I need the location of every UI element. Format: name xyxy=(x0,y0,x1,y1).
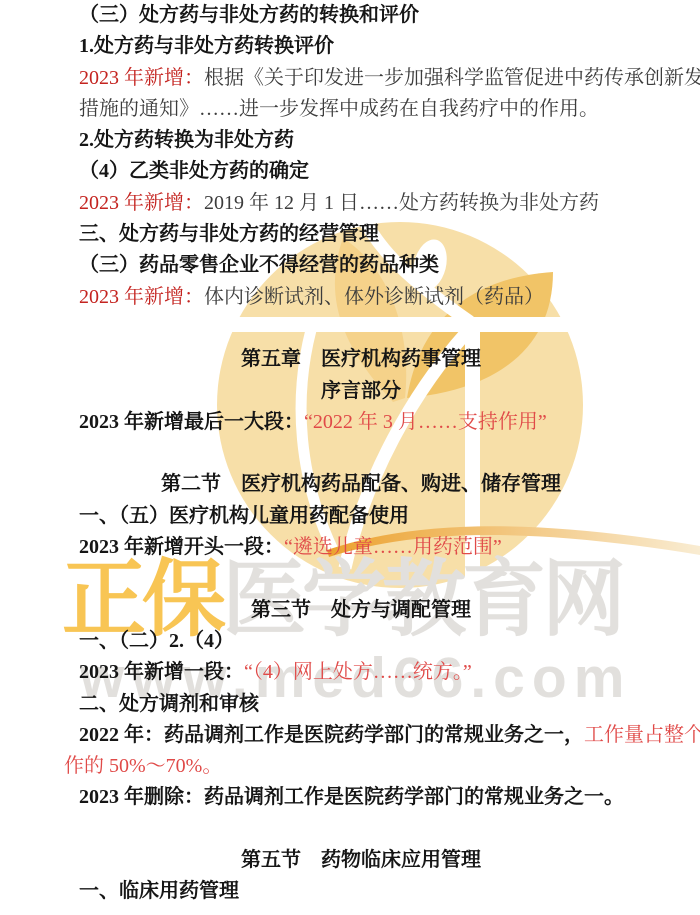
text-line: （4）乙类非处方药的确定 xyxy=(0,156,700,187)
text-segment: （4）乙类非处方药的确定 xyxy=(79,160,309,182)
text-line: 第三节 处方与调配管理 xyxy=(0,595,700,626)
blank-line xyxy=(0,814,700,845)
text-segment: （三）药品零售企业不得经营的药品种类 xyxy=(79,254,439,276)
text-segment: 1.处方药与非处方药转换评价 xyxy=(79,35,334,57)
text-segment: 2019 年 12 月 1 日……处方药转换为非处方药 xyxy=(204,192,599,214)
text-line: 2023 年新增最后一大段：“2022 年 3 月……支持作用” xyxy=(0,407,700,438)
text-segment: “遴选儿童……用药范围” xyxy=(284,536,502,558)
text-segment: 一、临床用药管理 xyxy=(79,880,239,902)
text-line: 2023 年新增开头一段：“遴选儿童……用药范围” xyxy=(0,532,700,563)
text-segment: 第二节 医疗机构药品配备、购进、储存管理 xyxy=(161,473,561,495)
text-segment: 2023 年新增一段： xyxy=(79,661,244,683)
text-line: 1.处方药与非处方药转换评价 xyxy=(0,31,700,62)
text-line: 第二节 医疗机构药品配备、购进、储存管理 xyxy=(0,469,700,500)
text-segment: 措施的通知》……进一步发挥中成药在自我药疗中的作用。 xyxy=(79,98,599,120)
text-segment: 2022 年：药品调剂工作是医院药学部门的常规业务之一， xyxy=(79,724,584,746)
text-segment: 三、处方药与非处方药的经营管理 xyxy=(79,223,379,245)
blank-line xyxy=(0,563,700,594)
text-segment: 第三节 处方与调配管理 xyxy=(251,599,471,621)
text-segment: 一、（五）医疗机构儿童用药配备使用 xyxy=(79,505,409,527)
text-segment: 2.处方药转换为非处方药 xyxy=(79,129,294,151)
text-segment: 2023 年新增： xyxy=(79,286,204,308)
text-segment: 2023 年新增： xyxy=(79,67,204,89)
text-line: 2023 年新增：体内诊断试剂、体外诊断试剂（药品） xyxy=(0,282,700,313)
text-segment: “2022 年 3 月……支持作用” xyxy=(304,411,547,433)
text-segment: 第五节 药物临床应用管理 xyxy=(241,849,481,871)
text-segment: 2023 年删除：药品调剂工作是医院药学部门的常规业务之一。 xyxy=(79,786,624,808)
document-page: 正保医学教育网 www.med66.com （三）处方药与非处方药的转换和评价1… xyxy=(0,0,700,915)
text-line: 2023 年删除：药品调剂工作是医院药学部门的常规业务之一。 xyxy=(0,782,700,813)
text-segment: （三）处方药与非处方药的转换和评价 xyxy=(79,4,419,26)
text-line: 二、处方调剂和审核 xyxy=(0,689,700,720)
text-segment: 作的 50%～70%。 xyxy=(64,755,222,777)
text-line: 第五节 药物临床应用管理 xyxy=(0,845,700,876)
text-line: 第五章 医疗机构药事管理 xyxy=(0,344,700,375)
text-segment: 一、（二）2.（4） xyxy=(79,630,234,652)
text-segment: 二、处方调剂和审核 xyxy=(79,693,259,715)
text-segment: 2023 年新增： xyxy=(79,192,204,214)
text-segment: 2023 年新增开头一段： xyxy=(79,536,284,558)
text-line: 2022 年：药品调剂工作是医院药学部门的常规业务之一，工作量占整个业务工 xyxy=(0,720,700,751)
text-segment: 根据《关于印发进一步加强科学监管促进中药传承创新发展若干 xyxy=(204,67,700,89)
text-segment: 体内诊断试剂、体外诊断试剂（药品） xyxy=(204,286,544,308)
text-segment: 2023 年新增最后一大段： xyxy=(79,411,304,433)
text-line: 2.处方药转换为非处方药 xyxy=(0,125,700,156)
text-line: 一、（二）2.（4） xyxy=(0,626,700,657)
document-lines: （三）处方药与非处方药的转换和评价1.处方药与非处方药转换评价2023 年新增：… xyxy=(0,0,700,915)
text-line: 三、处方药与非处方药的经营管理 xyxy=(0,219,700,250)
text-segment: 序言部分 xyxy=(321,380,401,402)
text-segment: 工作量占整个业务工 xyxy=(584,724,700,746)
text-line: 2023 年新增一段：“（4）网上处方……统方。” xyxy=(0,657,700,688)
text-line: 序言部分 xyxy=(0,376,700,407)
text-line: 措施的通知》……进一步发挥中成药在自我药疗中的作用。 xyxy=(0,94,700,125)
blank-line xyxy=(0,313,700,344)
text-line: 2023 年新增：2019 年 12 月 1 日……处方药转换为非处方药 xyxy=(0,188,700,219)
text-line: 2023 年新增：根据《关于印发进一步加强科学监管促进中药传承创新发展若干 xyxy=(0,63,700,94)
text-line: （三）处方药与非处方药的转换和评价 xyxy=(0,0,700,31)
text-segment: 第五章 医疗机构药事管理 xyxy=(241,348,481,370)
text-line: 作的 50%～70%。 xyxy=(0,751,700,782)
text-segment: “（4）网上处方……统方。” xyxy=(244,661,472,683)
text-line: 一、临床用药管理 xyxy=(0,876,700,907)
text-line: （三）药品零售企业不得经营的药品种类 xyxy=(0,250,700,281)
text-line: 一、（五）医疗机构儿童用药配备使用 xyxy=(0,501,700,532)
blank-line xyxy=(0,438,700,469)
